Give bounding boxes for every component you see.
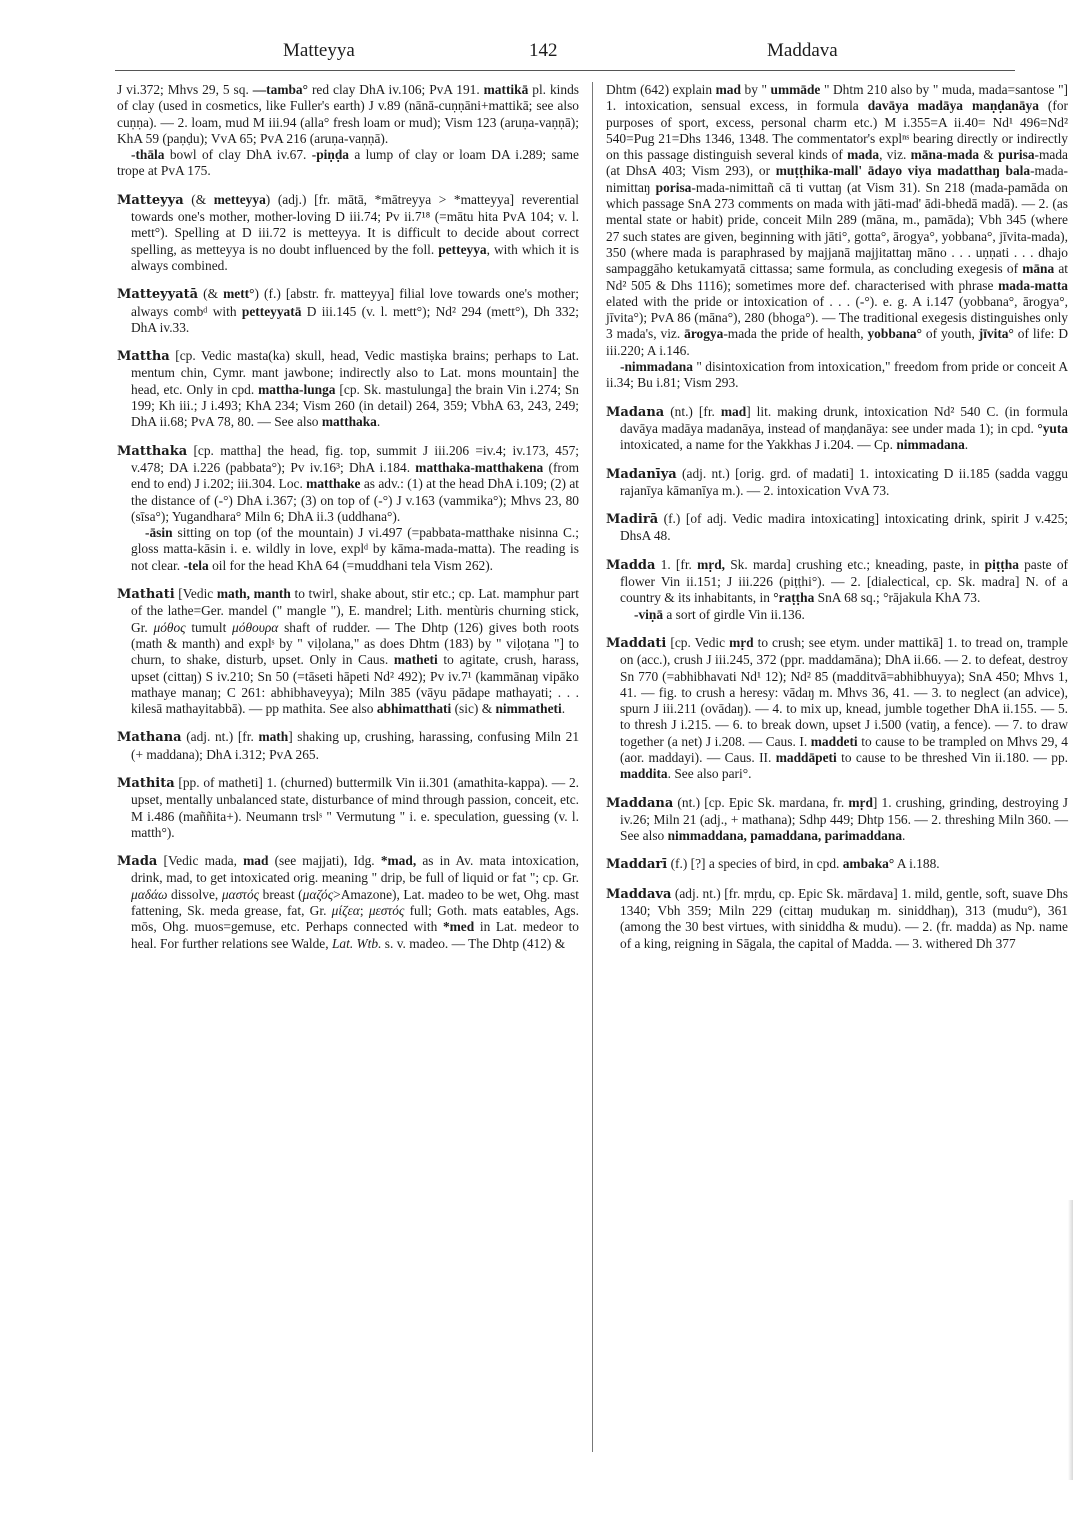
entry-text: Sk. marda] crushing etc.; kneading, past… — [725, 557, 985, 572]
greek-term: μίζεα — [332, 903, 360, 918]
entry-text: by " — [741, 82, 771, 97]
sub-entry: -āsin sitting on top (of the mountain) J… — [131, 525, 579, 574]
entry-text: . See also pari°. — [668, 766, 752, 781]
dictionary-entry: Maddana (nt.) [cp. Epic Sk. mardana, fr.… — [606, 795, 1068, 845]
entry-text: tumult — [186, 620, 232, 635]
bold-term: maddeti — [811, 734, 858, 749]
headword: Matteyyatā — [117, 287, 198, 302]
bold-term: māna-mada — [911, 147, 979, 162]
bold-term: mada — [847, 147, 879, 162]
bold-term: -āsin — [145, 525, 173, 540]
header-rule — [115, 70, 1015, 71]
entry-text: SnA 68 sq.; °rājakula KhA 73. — [814, 590, 980, 605]
greek-term: μαζός — [303, 887, 334, 902]
entry-text: red clay DhA iv.106; PvA 191. — [308, 82, 484, 97]
bold-term: mad — [243, 853, 268, 868]
bold-term: nimmatheti — [495, 701, 561, 716]
entry-text: dissolve, — [167, 887, 221, 902]
bold-term: metteyya — [214, 192, 266, 207]
bold-term: math, manth — [217, 586, 291, 601]
headword: Mathita — [117, 776, 175, 791]
entry-text: , viz. — [879, 147, 911, 162]
left-column: J vi.372; Mhvs 29, 5 sq. —tamba° red cla… — [117, 82, 579, 964]
dictionary-entry: Maddarī (f.) [?] a species of bird, in c… — [606, 856, 1068, 873]
bold-term: matheti — [394, 652, 438, 667]
entry-text: [cp. Vedic — [666, 635, 729, 650]
entry-text: bowl of clay DhA iv.67. — [164, 147, 311, 162]
bold-term: nimmadana — [896, 437, 964, 452]
bold-term: yobbana° — [867, 326, 921, 341]
entry-text: (f.) [?] a species of bird, in cpd. — [667, 856, 843, 871]
bold-term: mṛd, — [697, 557, 725, 572]
bold-term: maddita — [620, 766, 668, 781]
bold-term: petteyyatā — [242, 304, 302, 319]
entry-text: intoxicated, a name for the Yakkhas J i.… — [620, 437, 896, 452]
dictionary-entry: Matteyyatā (& mett°) (f.) [abstr. fr. ma… — [117, 286, 579, 336]
page-header: Matteyya 142 Maddava — [115, 36, 1015, 66]
entry-text: of youth, — [922, 326, 979, 341]
bold-term: —tamba° — [253, 82, 308, 97]
dictionary-entry: Madirā (f.) [of adj. Vedic madira intoxi… — [606, 511, 1068, 545]
entry-text: to cause to be threshed Vin ii.180. — pp… — [837, 750, 1068, 765]
entry-text: & — [979, 147, 998, 162]
headword: Maddarī — [606, 857, 667, 872]
dictionary-entry: Madanīya (adj. nt.) [orig. grd. of madat… — [606, 466, 1068, 500]
entry-text: [pp. of matheti] 1. (churned) buttermilk… — [131, 775, 579, 840]
bold-term: abhimatthati — [377, 701, 451, 716]
dictionary-entry: Mathati [Vedic math, manth to twirl, sha… — [117, 586, 579, 717]
entry-text: (f.) [of adj. Vedic madira intoxicating]… — [620, 511, 1068, 543]
dictionary-entry: Maddati [cp. Vedic mṛd to crush; see ety… — [606, 635, 1068, 783]
entry-text: (& — [198, 286, 223, 301]
entry-text: (adj. nt.) [fr. mṛdu, cp. Epic Sk. mārda… — [620, 886, 1068, 951]
entry-text: s. v. madeo. — The Dhtp (412) & — [381, 936, 565, 951]
headword: Mathati — [117, 587, 175, 602]
entry-text: (adj. nt.) [orig. grd. of madati] 1. int… — [620, 466, 1068, 498]
dictionary-entry: Maddava (adj. nt.) [fr. mṛdu, cp. Epic S… — [606, 886, 1068, 952]
bold-term: matthaka-matthakena — [415, 460, 543, 475]
bold-term: nimmaddana, pamaddana, parimaddana — [668, 828, 902, 843]
entry-text: (nt.) [fr. — [664, 404, 721, 419]
bold-term: °yuta — [1037, 421, 1068, 436]
entry-text: . — [902, 828, 905, 843]
entry-text: [Vedic mada, — [157, 853, 243, 868]
page-number: 142 — [529, 40, 558, 62]
greek-term: μαδάω — [131, 887, 167, 902]
entry-continuation: Dhtm (642) explain mad by " ummāde " Dht… — [606, 82, 1068, 392]
headword: Maddana — [606, 796, 673, 811]
entry-text: [Vedic — [175, 586, 217, 601]
headword: Mathana — [117, 730, 182, 745]
greek-term: Lat. Wtb. — [332, 936, 381, 951]
entry-text: (& — [184, 192, 214, 207]
entry-text: J vi.372; Mhvs 29, 5 sq. — [117, 82, 253, 97]
dictionary-entry: Mattha [cp. Vedic masta(ka) skull, head,… — [117, 348, 579, 430]
sub-entry: -thāla bowl of clay DhA iv.67. -piṇḍa a … — [117, 147, 579, 180]
entry-text: (see majjati), Idg. — [268, 853, 380, 868]
bold-term: petteyya — [438, 242, 486, 257]
greek-term: μόθος — [153, 620, 185, 635]
entry-text: Dhtm (642) explain — [606, 82, 716, 97]
dictionary-entry: Madda 1. [fr. mṛd, Sk. marda] crushing e… — [606, 557, 1068, 623]
headword: Madda — [606, 558, 655, 573]
headword: Mada — [117, 854, 157, 869]
entry-text: A i.188. — [894, 856, 939, 871]
bold-term: mad — [716, 82, 741, 97]
entry-text: (adj. nt.) [fr. — [182, 729, 259, 744]
entry-text: ; — [360, 903, 369, 918]
bold-term: math — [258, 729, 288, 744]
greek-term: μόθουρα — [232, 620, 278, 635]
page-edge-shadow — [1068, 1200, 1073, 1480]
entry-text: a sort of girdle Vin ii.136. — [663, 607, 805, 622]
headword: Matthaka — [117, 444, 187, 459]
headword: Matteyya — [117, 193, 184, 208]
greek-term: μεστός — [369, 903, 405, 918]
bold-term: matthake — [306, 476, 360, 491]
headword: Mattha — [117, 349, 170, 364]
bold-term: -tela — [183, 558, 208, 573]
headword: Maddava — [606, 887, 671, 902]
bold-term: ārogya — [684, 326, 723, 341]
right-guideword: Maddava — [767, 40, 838, 62]
entry-text: oil for the head KhA 64 (=muddhani tela … — [209, 558, 493, 573]
bold-term: -nimmadana — [620, 359, 693, 374]
left-guideword: Matteyya — [283, 40, 355, 62]
bold-term: porisa — [656, 180, 692, 195]
bold-term: mattikā — [484, 82, 529, 97]
bold-term: mattha-lunga — [258, 382, 335, 397]
bold-term: *mad, — [381, 853, 416, 868]
dictionary-entry: Madana (nt.) [fr. mad] lit. making drunk… — [606, 404, 1068, 454]
entry-text: 1. [fr. — [655, 557, 697, 572]
bold-term: -viṇā — [634, 607, 663, 622]
bold-term: ummāde — [771, 82, 821, 97]
entry-text: . — [377, 414, 380, 429]
column-divider — [592, 82, 593, 1452]
entry-text: . — [965, 437, 968, 452]
bold-term: maddāpeti — [776, 750, 837, 765]
bold-term: -thāla — [131, 147, 164, 162]
bold-term: °raṭṭha — [773, 590, 814, 605]
bold-term: māna — [1022, 261, 1054, 276]
headword: Maddati — [606, 636, 666, 651]
headword: Madana — [606, 405, 664, 420]
right-column: Dhtm (642) explain mad by " ummāde " Dht… — [606, 82, 1068, 964]
sub-entry: -viṇā a sort of girdle Vin ii.136. — [620, 607, 1068, 623]
entry-text: to crush; see etym. under mattikā] 1. to… — [620, 635, 1068, 749]
sub-entry: -nimmadana " disintoxication from intoxi… — [606, 359, 1068, 392]
headword: Madirā — [606, 512, 658, 527]
bold-term: mṛd — [729, 635, 754, 650]
bold-term: *med — [443, 919, 474, 934]
headword: Madanīya — [606, 467, 677, 482]
entry-text: breast ( — [259, 887, 303, 902]
dictionary-entry: Mada [Vedic mada, mad (see majjati), Idg… — [117, 853, 579, 952]
entry-text: (sic) & — [451, 701, 495, 716]
bold-term: -piṇḍa — [312, 147, 349, 162]
bold-term: matthaka — [322, 414, 377, 429]
bold-term: mett° — [223, 286, 254, 301]
dictionary-entry: Mathita [pp. of matheti] 1. (churned) bu… — [117, 775, 579, 841]
bold-term: ambaka° — [843, 856, 895, 871]
entry-text: . — [562, 701, 565, 716]
bold-term: jīvita° — [979, 326, 1014, 341]
bold-term: piṭṭha — [985, 557, 1019, 572]
bold-term: davāya madāya maṇḍanāya — [868, 98, 1039, 113]
dictionary-entry: Matthaka [cp. mattha] the head, fig. top… — [117, 443, 579, 574]
bold-term: mada-matta — [998, 278, 1068, 293]
bold-term: muṭṭhika-mall' ādayo viya madatthaŋ bala — [776, 163, 1030, 178]
bold-term: purisa — [998, 147, 1034, 162]
bold-term: mṛd — [848, 795, 873, 810]
entry-text: -mada the pride of health, — [723, 326, 867, 341]
dictionary-entry: Matteyya (& metteyya) (adj.) [fr. mātā, … — [117, 192, 579, 274]
bold-term: mad — [721, 404, 746, 419]
dictionary-entry: Mathana (adj. nt.) [fr. math] shaking up… — [117, 729, 579, 763]
greek-term: μαστός — [222, 887, 259, 902]
entry-continuation: J vi.372; Mhvs 29, 5 sq. —tamba° red cla… — [117, 82, 579, 180]
entry-text: (nt.) [cp. Epic Sk. mardana, fr. — [673, 795, 848, 810]
